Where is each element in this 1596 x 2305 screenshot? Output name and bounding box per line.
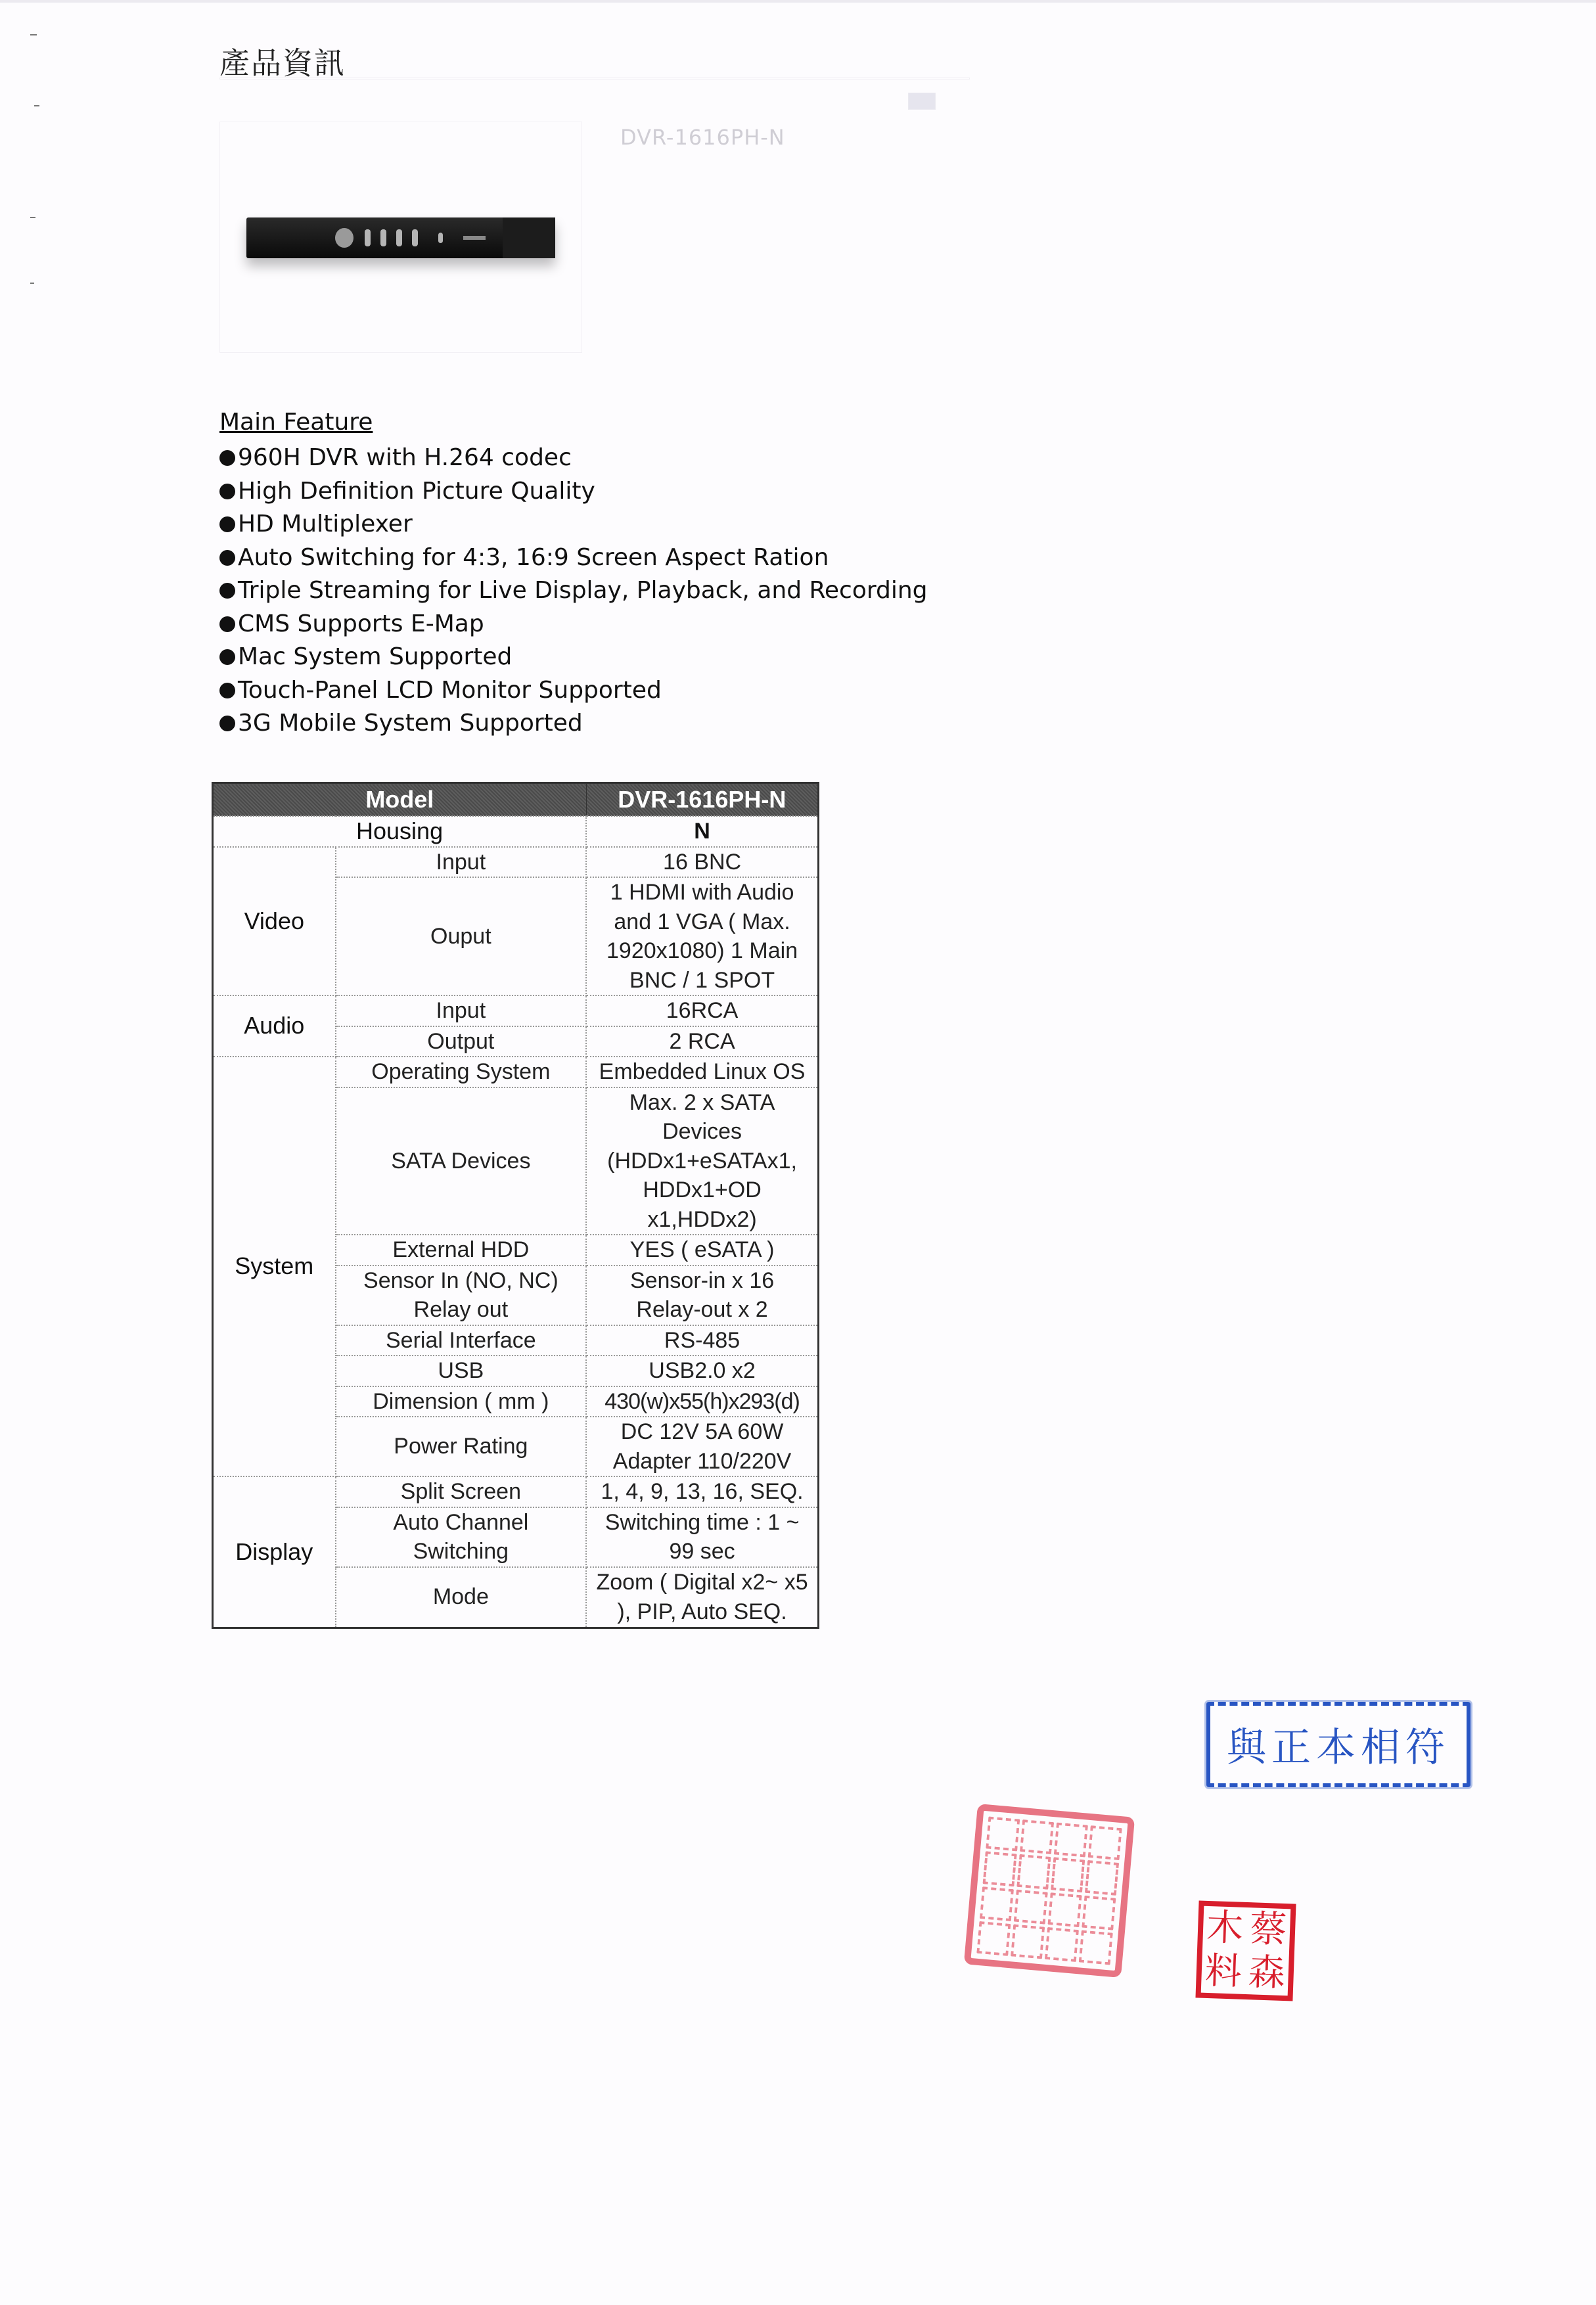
feature-text: CMS Supports E-Map (238, 608, 484, 641)
spec-value: DC 12V 5A 60W Adapter 110/220V (586, 1417, 818, 1476)
bullet-icon (219, 683, 235, 698)
table-row: System Operating System Embedded Linux O… (213, 1057, 819, 1087)
model-heading: DVR-1616PH-N (620, 125, 785, 150)
spec-value: 16 BNC (586, 847, 818, 878)
feature-text: Triple Streaming for Live Display, Playb… (238, 574, 928, 608)
dvr-side-panel (503, 217, 555, 258)
table-header-row: Model DVR-1616PH-N (213, 783, 819, 817)
spec-table: Model DVR-1616PH-N Housing N Video Input… (212, 782, 819, 1629)
seal-glyph (1085, 1860, 1119, 1895)
feature-item: CMS Supports E-Map (219, 608, 928, 641)
company-seal-stamp (964, 1804, 1135, 1978)
dvr-device-illustration (246, 217, 555, 258)
button-icon (412, 229, 418, 246)
spec-label: External HDD (336, 1235, 587, 1266)
table-row: Video Input 16 BNC (213, 847, 819, 878)
feature-item: Mac System Supported (219, 641, 928, 674)
scan-margin-mark (30, 217, 35, 218)
scan-margin-mark (30, 283, 34, 284)
table-row: Display Split Screen 1, 4, 9, 13, 16, SE… (213, 1476, 819, 1507)
spec-label: Power Rating (336, 1417, 587, 1476)
spec-label: Split Screen (336, 1476, 587, 1507)
spec-value: Embedded Linux OS (586, 1057, 818, 1087)
table-row: Housing N (213, 816, 819, 847)
spec-value: YES ( eSATA ) (586, 1235, 818, 1266)
bullet-icon (219, 484, 235, 499)
seal-char: 木 (1202, 1908, 1247, 1949)
seal-char: 森 (1244, 1953, 1289, 1994)
certified-copy-stamp: 與正本相符 (1206, 1702, 1471, 1787)
table-row: Audio Input 16RCA (213, 995, 819, 1026)
seal-glyph (986, 1817, 1020, 1852)
header-model-value: DVR-1616PH-N (586, 783, 818, 817)
seal-glyph (1088, 1825, 1122, 1860)
main-feature-heading: Main Feature (219, 407, 928, 438)
seal-glyph (1079, 1930, 1113, 1965)
feature-item: Touch-Panel LCD Monitor Supported (219, 674, 928, 708)
spec-label: USB (336, 1356, 587, 1386)
faded-badge-icon (908, 93, 936, 110)
seal-glyph (1082, 1895, 1116, 1930)
seal-glyph (1045, 1927, 1079, 1962)
seal-glyph (1054, 1823, 1088, 1858)
housing-label: Housing (213, 816, 587, 847)
faint-rule (219, 78, 970, 80)
brand-logo-icon (463, 236, 486, 240)
spec-value: Max. 2 x SATA Devices (HDDx1+eSATAx1, HD… (586, 1087, 818, 1235)
spec-label: Input (336, 995, 587, 1026)
feature-item: 3G Mobile System Supported (219, 707, 928, 741)
seal-glyph (1048, 1892, 1082, 1927)
feature-item: Triple Streaming for Live Display, Playb… (219, 574, 928, 608)
spec-label: Output (336, 1026, 587, 1057)
bullet-icon (219, 616, 235, 632)
spec-value: Switching time : 1 ~ 99 sec (586, 1507, 818, 1567)
spec-label: Auto Channel Switching (336, 1507, 587, 1567)
spec-value: Zoom ( Digital x2~ x5 ), PIP, Auto SEQ. (586, 1567, 818, 1628)
spec-value: USB2.0 x2 (586, 1356, 818, 1386)
feature-list: 960H DVR with H.264 codecHigh Definition… (219, 442, 928, 741)
feature-text: 3G Mobile System Supported (238, 707, 583, 741)
feature-text: Auto Switching for 4:3, 16:9 Screen Aspe… (238, 541, 829, 575)
group-display-label: Display (213, 1476, 336, 1628)
seal-glyph (1014, 1889, 1048, 1924)
spec-value: 430(w)x55(h)x293(d) (586, 1386, 818, 1417)
feature-item: Auto Switching for 4:3, 16:9 Screen Aspe… (219, 541, 928, 575)
header-model-label: Model (213, 783, 587, 817)
feature-item: High Definition Picture Quality (219, 475, 928, 509)
housing-value: N (586, 816, 818, 847)
product-image (219, 122, 582, 353)
scan-margin-mark (34, 105, 39, 106)
seal-char: 料 (1201, 1951, 1246, 1992)
spec-label: Sensor In (NO, NC) Relay out (336, 1266, 587, 1325)
group-system-label: System (213, 1057, 336, 1476)
spec-value: RS-485 (586, 1325, 818, 1356)
feature-text: Mac System Supported (238, 641, 512, 674)
spec-value: 2 RCA (586, 1026, 818, 1057)
scan-top-edge (0, 0, 1596, 3)
bullet-icon (219, 450, 235, 466)
seal-glyph (1020, 1819, 1054, 1854)
spec-value: 16RCA (586, 995, 818, 1026)
spec-value: Sensor-in x 16 Relay-out x 2 (586, 1266, 818, 1325)
indicator-icon (438, 233, 443, 243)
group-video-label: Video (213, 847, 336, 996)
spec-label: Input (336, 847, 587, 878)
spec-value: 1, 4, 9, 13, 16, SEQ. (586, 1476, 818, 1507)
seal-glyph (1011, 1924, 1045, 1959)
seal-char: 蔡 (1246, 1909, 1290, 1950)
feature-item: HD Multiplexer (219, 508, 928, 541)
bullet-icon (219, 583, 235, 599)
button-icon (380, 229, 386, 246)
button-icon (365, 229, 371, 246)
personal-seal-stamp: 蔡 木 森 料 (1195, 1900, 1296, 2001)
seal-glyph (980, 1886, 1014, 1921)
feature-text: Touch-Panel LCD Monitor Supported (238, 674, 662, 708)
button-icon (396, 229, 402, 246)
jog-dial-icon (335, 228, 353, 248)
spec-label: Ouput (336, 877, 587, 995)
feature-text: HD Multiplexer (238, 508, 413, 541)
seal-glyph (1051, 1858, 1085, 1892)
scan-margin-mark (30, 34, 37, 35)
feature-item: 960H DVR with H.264 codec (219, 442, 928, 475)
spec-label: Dimension ( mm ) (336, 1386, 587, 1417)
spec-label: Serial Interface (336, 1325, 587, 1356)
spec-label: Operating System (336, 1057, 587, 1087)
bullet-icon (219, 550, 235, 566)
main-feature-section: Main Feature 960H DVR with H.264 codecHi… (219, 407, 928, 741)
bullet-icon (219, 716, 235, 731)
seal-glyph (1016, 1854, 1051, 1889)
seal-glyph (976, 1921, 1011, 1956)
spec-label: Mode (336, 1567, 587, 1628)
feature-text: 960H DVR with H.264 codec (238, 442, 572, 475)
feature-text: High Definition Picture Quality (238, 475, 595, 509)
seal-glyph (983, 1852, 1017, 1886)
bullet-icon (219, 649, 235, 665)
bullet-icon (219, 516, 235, 532)
page-title: 產品資訊 (219, 39, 346, 83)
spec-value: 1 HDMI with Audio and 1 VGA ( Max. 1920x… (586, 877, 818, 995)
spec-label: SATA Devices (336, 1087, 587, 1235)
group-audio-label: Audio (213, 995, 336, 1057)
